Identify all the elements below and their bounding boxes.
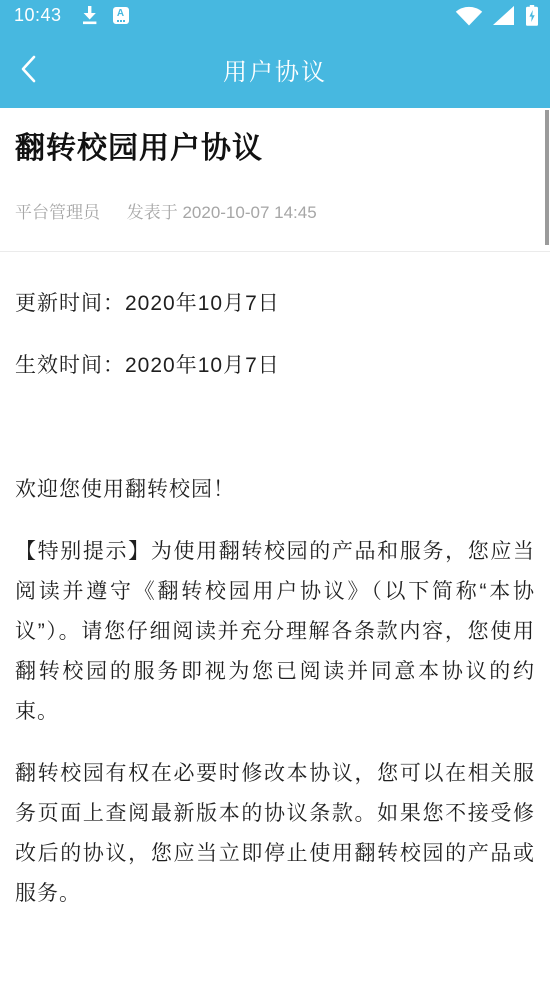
app-badge-letter: A	[117, 9, 124, 19]
battery-charging-icon	[526, 5, 538, 26]
article-body: 更新时间：2020年10月7日 生效时间：2020年10月7日 欢迎您使用翻转校…	[15, 252, 535, 914]
paragraph-special-notice: 【特别提示】为使用翻转校园的产品和服务，您应当阅读并遵守《翻转校园用户协议》（以…	[15, 532, 535, 732]
article-meta: 平台管理员 发表于 2020-10-07 14:45	[15, 198, 535, 223]
user-agreement-screen: { "colors": { "primary": "#47b8e0", "met…	[0, 0, 550, 983]
paragraph-effective-time: 生效时间：2020年10月7日	[15, 346, 535, 386]
app-bar: 用户协议	[0, 30, 550, 108]
agreement-content: 翻转校园用户协议 平台管理员 发表于 2020-10-07 14:45 更新时间…	[0, 128, 550, 914]
back-button[interactable]	[8, 47, 48, 91]
page-title: 用户协议	[223, 52, 327, 87]
article-title: 翻转校园用户协议	[15, 128, 535, 170]
paragraph-welcome: 欢迎您使用翻转校园！	[15, 470, 535, 510]
paragraph-update-time: 更新时间：2020年10月7日	[15, 284, 535, 324]
paragraph-blank	[15, 408, 535, 448]
app-notification-icon: A	[113, 7, 129, 24]
clock-time: 10:43	[14, 5, 62, 26]
wifi-icon	[455, 5, 483, 26]
app-badge-dots	[117, 20, 125, 22]
author-name: 平台管理员	[15, 203, 100, 222]
cellular-signal-icon	[493, 6, 514, 25]
paragraph-modification: 翻转校园有权在必要时修改本协议，您可以在相关服务页面上查阅最新版本的协议条款。如…	[15, 754, 535, 914]
chevron-left-icon	[20, 54, 37, 84]
scrollbar-thumb[interactable]	[545, 110, 549, 245]
download-icon	[80, 5, 99, 25]
status-bar: 10:43 A	[0, 0, 550, 30]
publish-date: 发表于 2020-10-07 14:45	[127, 203, 317, 222]
